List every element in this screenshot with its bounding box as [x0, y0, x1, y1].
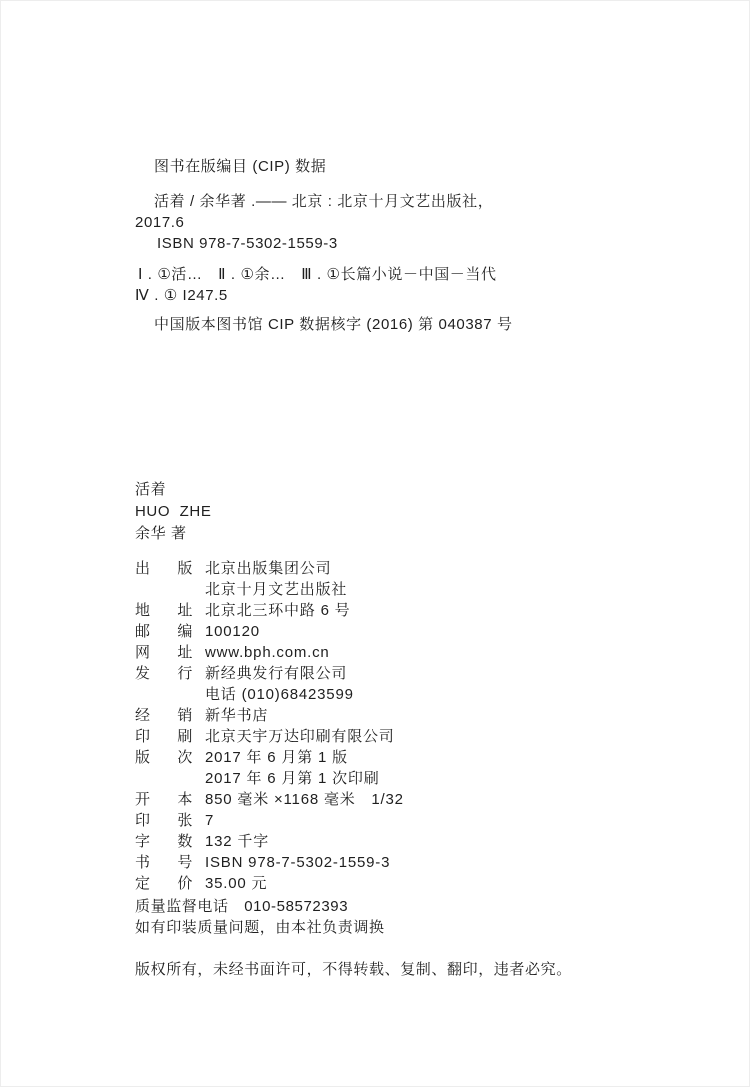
cip-entry-line2: 2017.6 — [135, 212, 689, 233]
book-title: 活着 — [135, 479, 211, 501]
pub-label: 开本 — [135, 789, 193, 810]
cip-section: 图书在版编目 (CIP) 数据 活着 / 余华著 .—— 北京 : 北京十月文艺… — [135, 156, 689, 335]
pub-label: 印张 — [135, 810, 193, 831]
pub-value: 100120 — [205, 621, 260, 642]
pub-label: 版次 — [135, 747, 193, 768]
pub-label: 字数 — [135, 831, 193, 852]
cip-classification-line1: Ⅰ . ①活… Ⅱ . ①余… Ⅲ . ①长篇小说－中国－当代 — [135, 264, 689, 285]
pub-value: 7 — [205, 810, 214, 831]
pub-row-edition: 版次 2017 年 6 月第 1 版 — [135, 747, 709, 768]
pub-label: 定价 — [135, 873, 193, 894]
pub-value: 新经典发行有限公司 — [205, 663, 347, 684]
pub-label: 出版 — [135, 558, 193, 579]
pub-value: 850 毫米 ×1168 毫米 1/32 — [205, 789, 404, 810]
pub-row-retailer: 经销 新华书店 — [135, 705, 709, 726]
pub-value: 新华书店 — [205, 705, 268, 726]
quality-phone-line: 质量监督电话 010-58572393 — [135, 896, 709, 917]
title-block: 活着 HUO ZHE 余华 著 — [135, 479, 211, 545]
pub-value: 电话 (010)68423599 — [205, 684, 354, 705]
book-title-pinyin: HUO ZHE — [135, 501, 211, 523]
pub-row-publisher: 出版 北京出版集团公司 — [135, 558, 709, 579]
cip-heading: 图书在版编目 (CIP) 数据 — [135, 156, 689, 177]
pub-value: ISBN 978-7-5302-1559-3 — [205, 852, 390, 873]
pub-label: 书号 — [135, 852, 193, 873]
pub-label: 印刷 — [135, 726, 193, 747]
publication-info: 出版 北京出版集团公司 北京十月文艺出版社 地址 北京北三环中路 6 号 邮编 … — [135, 558, 709, 938]
pub-label — [135, 768, 193, 789]
pub-label — [135, 684, 193, 705]
copyright-notice: 版权所有，未经书面许可，不得转载、复制、翻印，违者必究。 — [135, 959, 709, 980]
pub-value: 2017 年 6 月第 1 次印刷 — [205, 768, 380, 789]
pub-value: 北京天宇万达印刷有限公司 — [205, 726, 395, 747]
book-author: 余华 著 — [135, 523, 211, 545]
pub-row-printing: 2017 年 6 月第 1 次印刷 — [135, 768, 709, 789]
cip-classification-line2: Ⅳ . ① I247.5 — [135, 285, 689, 306]
book-copyright-page: 图书在版编目 (CIP) 数据 活着 / 余华著 .—— 北京 : 北京十月文艺… — [0, 0, 750, 1087]
pub-row-format: 开本 850 毫米 ×1168 毫米 1/32 — [135, 789, 709, 810]
cip-entry-line1: 活着 / 余华著 .—— 北京 : 北京十月文艺出版社， — [135, 191, 689, 212]
pub-label: 邮编 — [135, 621, 193, 642]
pub-row-postcode: 邮编 100120 — [135, 621, 709, 642]
pub-row-distributor-phone: 电话 (010)68423599 — [135, 684, 709, 705]
quality-note-line: 如有印装质量问题，由本社负责调换 — [135, 917, 709, 938]
pub-row-publisher-2: 北京十月文艺出版社 — [135, 579, 709, 600]
cip-registry: 中国版本图书馆 CIP 数据核字 (2016) 第 040387 号 — [135, 314, 689, 335]
pub-row-website: 网址 www.bph.com.cn — [135, 642, 709, 663]
pub-row-distributor: 发行 新经典发行有限公司 — [135, 663, 709, 684]
pub-label: 经销 — [135, 705, 193, 726]
pub-row-isbn: 书号 ISBN 978-7-5302-1559-3 — [135, 852, 709, 873]
pub-row-wordcount: 字数 132 千字 — [135, 831, 709, 852]
pub-row-price: 定价 35.00 元 — [135, 873, 709, 894]
pub-value: www.bph.com.cn — [205, 642, 330, 663]
pub-value: 35.00 元 — [205, 873, 267, 894]
copyright-notice-section: 版权所有，未经书面许可，不得转载、复制、翻印，违者必究。 — [135, 959, 709, 980]
cip-isbn: ISBN 978-7-5302-1559-3 — [135, 233, 689, 254]
pub-value: 北京十月文艺出版社 — [205, 579, 347, 600]
pub-value: 北京出版集团公司 — [205, 558, 331, 579]
pub-label: 地址 — [135, 600, 193, 621]
pub-row-address: 地址 北京北三环中路 6 号 — [135, 600, 709, 621]
pub-value: 132 千字 — [205, 831, 269, 852]
pub-label: 网址 — [135, 642, 193, 663]
pub-label — [135, 579, 193, 600]
pub-label: 发行 — [135, 663, 193, 684]
pub-row-sheets: 印张 7 — [135, 810, 709, 831]
pub-row-printer: 印刷 北京天宇万达印刷有限公司 — [135, 726, 709, 747]
pub-value: 2017 年 6 月第 1 版 — [205, 747, 348, 768]
pub-value: 北京北三环中路 6 号 — [205, 600, 350, 621]
